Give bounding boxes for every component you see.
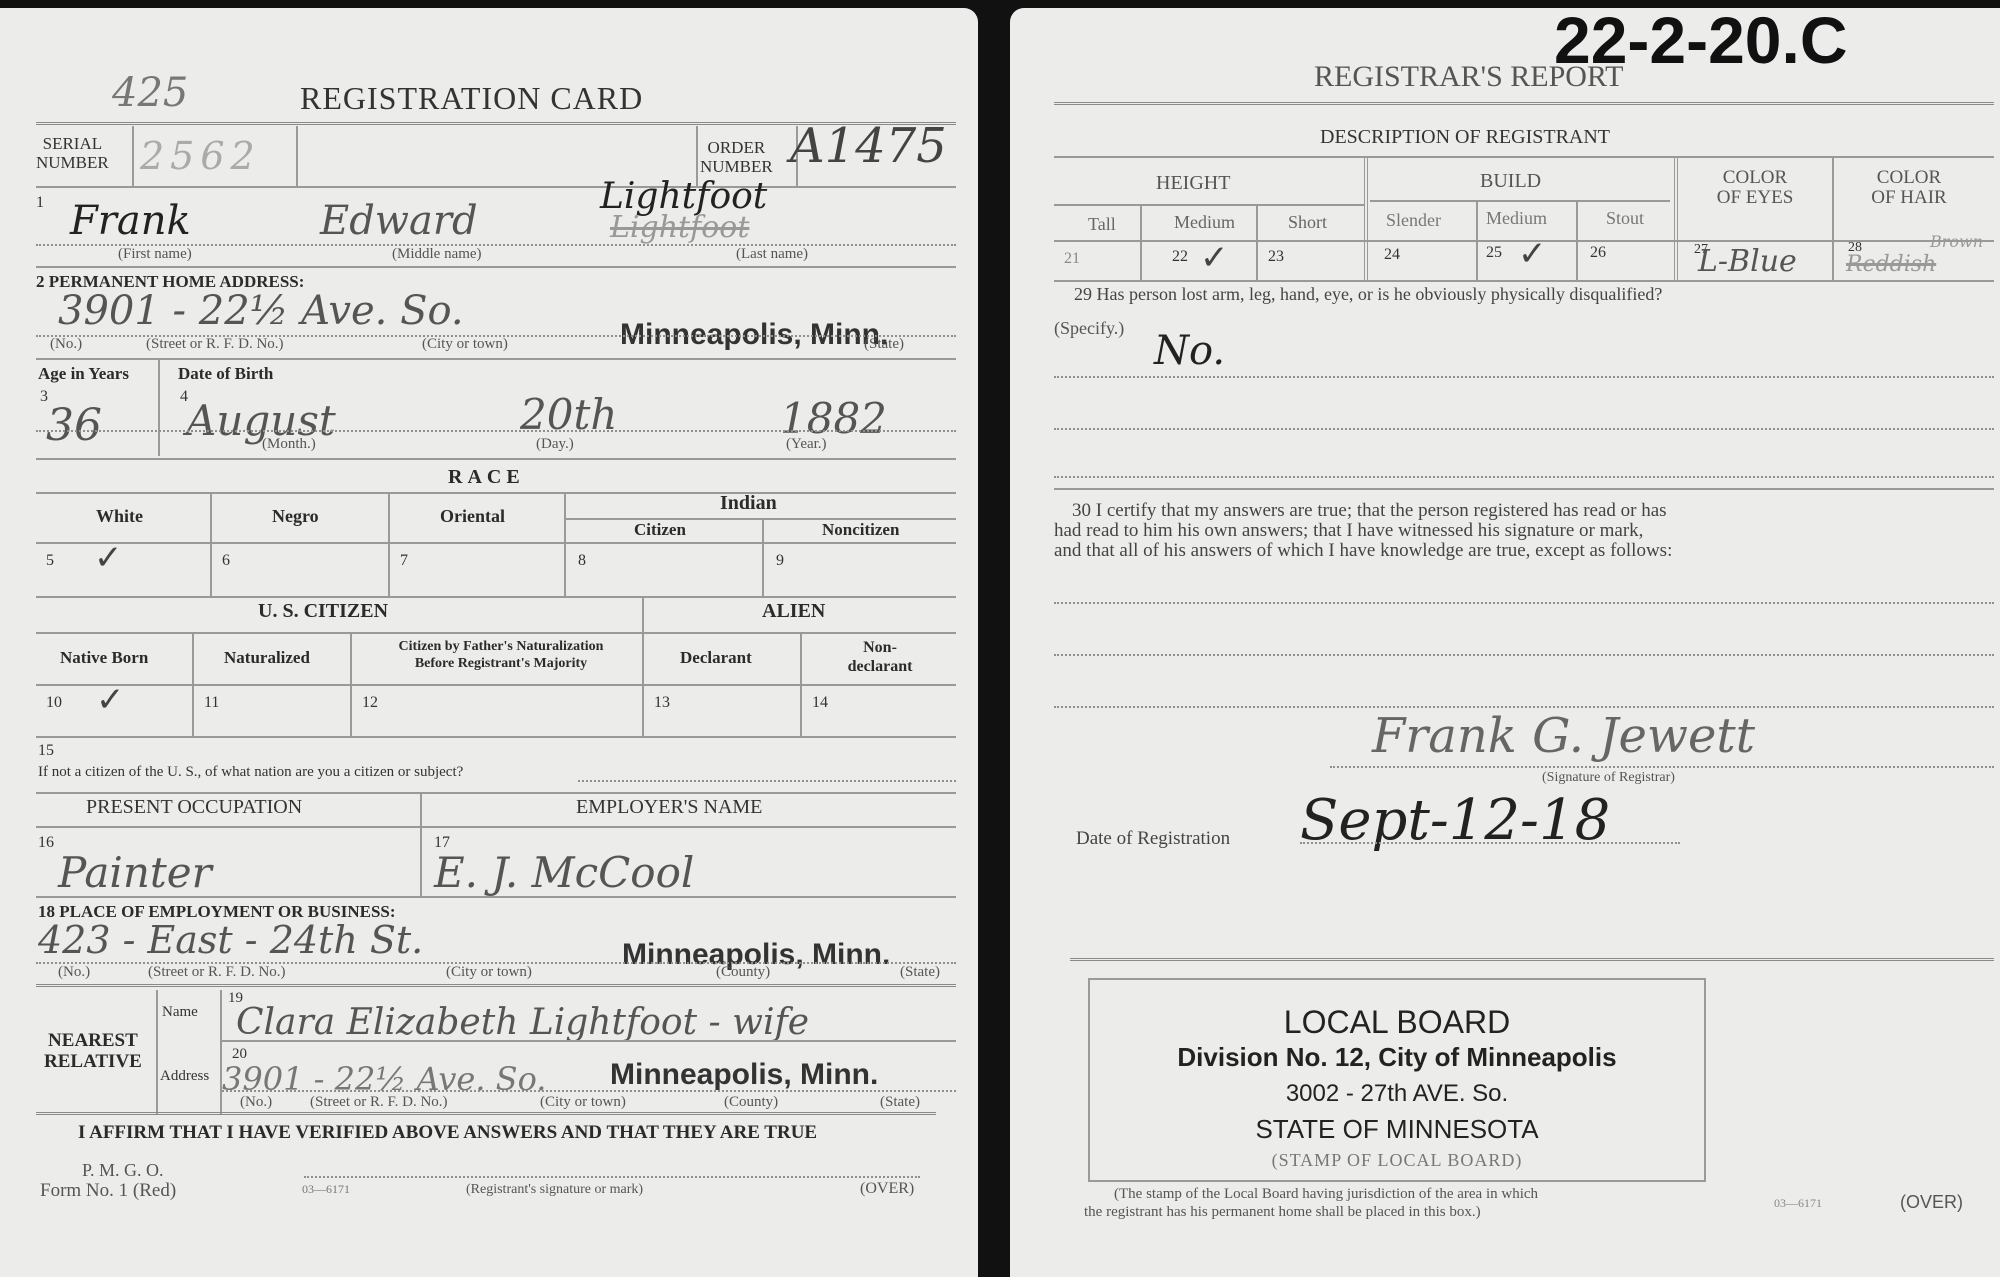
caption-month: (Month.) [262,436,316,453]
divider [1674,158,1678,280]
divider [36,792,956,794]
race-title: RACE [448,466,525,489]
registration-date-label: Date of Registration [1076,828,1230,850]
race-white-checkmark: ✓ [94,538,123,578]
caption-last-name: (Last name) [736,246,808,263]
race-indian-noncitizen-label: Noncitizen [822,520,899,540]
divider [1054,204,1364,206]
label-line1: Citizen by Father's Naturalization [399,639,604,654]
employment-place-value: 423 - East - 24th St. [38,918,423,962]
naturalized-label: Naturalized [224,648,310,668]
divider [388,494,390,596]
certification-line1: 30 I certify that my answers are true; t… [1072,500,1667,522]
height-medium-checkmark: ✓ [1200,238,1229,278]
height-medium-label: Medium [1174,212,1235,233]
divider [36,266,956,268]
eye-color-title: COLOR OF EYES [1690,168,1820,208]
occupation-header: PRESENT OCCUPATION [86,796,302,819]
report-title: REGISTRAR'S REPORT [1314,60,1624,94]
divider [1054,488,1994,490]
field-number: 1 [36,194,44,212]
build-title: BUILD [1480,170,1541,193]
divider [1370,200,1670,202]
stamp-note-line2: the registrant has his permanent home sh… [1084,1204,1481,1221]
serial-number-label: SERIAL NUMBER [36,134,109,172]
age-value: 36 [46,400,102,451]
caption-state: (State) [880,1094,920,1111]
build-slender-label: Slender [1386,210,1441,231]
divider [36,826,956,828]
caption-county: (County) [716,964,770,981]
divider [1364,158,1368,280]
field-number: 25 [1486,244,1502,262]
divider [36,1112,936,1115]
home-address-value: 3901 - 22½ Ave. So. [58,288,464,334]
relative-address-label: Address [160,1068,209,1085]
divider [36,492,956,494]
field-number: 12 [362,694,378,712]
label-line2: Before Registrant's Majority [415,656,587,671]
divider [296,126,298,186]
signature-line [304,1176,920,1178]
field-number: 24 [1384,246,1400,264]
height-title: HEIGHT [1156,172,1230,195]
divider [156,990,158,1114]
caption-street: (Street or R. F. D. No.) [148,964,286,981]
eye-color-value: L-Blue [1698,244,1797,279]
order-label-line2: NUMBER [700,157,773,176]
race-oriental-label: Oriental [440,506,505,527]
employer-value: E. J. McCool [434,848,694,897]
caption-city: (City or town) [540,1094,626,1111]
declarant-label: Declarant [680,648,752,668]
stamp-line-division: Division No. 12, City of Minneapolis [1090,1042,1704,1073]
description-title: DESCRIPTION OF REGISTRANT [1320,126,1610,149]
registrars-report-back: 22-2-20.C REGISTRAR'S REPORT DESCRIPTION… [1010,8,2000,1277]
disqualification-question: 29 Has person lost arm, leg, hand, eye, … [1074,284,1662,305]
local-board-stamp-box: LOCAL BOARD Division No. 12, City of Min… [1088,978,1706,1182]
field-number: 5 [46,552,54,570]
hair-color-value: Brown [1930,232,1983,251]
race-white-label: White [96,506,143,527]
first-name-value: Frank [70,198,191,244]
divider [36,186,956,188]
form-number-label: Form No. 1 (Red) [40,1180,176,1202]
divider [1054,156,1994,158]
label-line2: OF HAIR [1871,187,1946,208]
label-line2: RELATIVE [44,1051,142,1072]
order-number-value: A1475 [790,118,947,174]
divider [36,458,956,460]
field-number: 21 [1064,250,1080,268]
divider [222,1040,956,1042]
order-label-line1: ORDER [708,138,766,157]
print-code: 03—6171 [302,1182,350,1197]
occupation-value: Painter [58,848,212,897]
nearest-relative-label: NEAREST RELATIVE [44,1030,142,1072]
dotted-line [1054,654,1994,656]
registrar-signature-caption: (Signature of Registrar) [1542,770,1675,786]
dotted-line [1300,842,1680,844]
field-number: 14 [812,694,828,712]
divider [158,360,160,456]
relative-city-stamp: Minneapolis, Minn. [610,1058,878,1092]
stamp-caption: (STAMP OF LOCAL BOARD) [1090,1150,1704,1171]
disqualification-value: No. [1154,328,1225,374]
divider [132,126,134,186]
divider [36,632,956,634]
label-line2: declarant [848,658,913,675]
last-name-struck-value: Lightfoot [610,210,749,245]
caption-middle-name: (Middle name) [392,246,482,263]
field-number: 13 [654,694,670,712]
pmgo-label: P. M. G. O. [82,1160,164,1181]
divider [36,896,956,898]
build-medium-label: Medium [1486,208,1547,229]
affirmation-text: I AFFIRM THAT I HAVE VERIFIED ABOVE ANSW… [78,1122,817,1144]
serial-number-value: 2562 [140,134,261,178]
us-citizen-title: U. S. CITIZEN [258,600,388,623]
caption-first-name: (First name) [118,246,192,263]
caption-state: (State) [864,336,904,353]
handwritten-page-number: 425 [112,70,188,116]
caption-no: (No.) [50,336,82,353]
divider [1070,958,1994,961]
caption-day: (Day.) [536,436,574,453]
stamp-note-line1: (The stamp of the Local Board having jur… [1114,1186,1538,1203]
divider [210,494,212,596]
field-number: 23 [1268,248,1284,266]
divider [1054,280,1994,282]
relative-name-label: Name [162,1004,198,1021]
caption-street: (Street or R. F. D. No.) [310,1094,448,1111]
label-line1: Non- [863,639,897,656]
native-born-checkmark: ✓ [96,680,125,720]
label-line1: COLOR [1877,167,1941,188]
field-number: 16 [38,834,54,852]
field-number: 9 [776,552,784,570]
caption-city: (City or town) [422,336,508,353]
divider [36,358,956,360]
race-indian-citizen-label: Citizen [634,520,686,540]
build-stout-label: Stout [1606,208,1644,229]
indian-label: Indian [720,492,777,515]
caption-street: (Street or R. F. D. No.) [146,336,284,353]
card-title: REGISTRATION CARD [300,80,643,117]
hair-color-title: COLOR OF HAIR [1844,168,1974,208]
divider [36,596,956,598]
field-number: 6 [222,552,230,570]
stamp-line-state: STATE OF MINNESOTA [1090,1114,1704,1145]
print-code: 03—6171 [1774,1196,1822,1211]
caption-state: (State) [900,964,940,981]
hair-color-struck-value: Reddish [1846,252,1936,277]
divider [36,684,956,686]
field-number: 10 [46,694,62,712]
caption-city: (City or town) [446,964,532,981]
field-number: 8 [578,552,586,570]
dotted-line [1054,602,1994,604]
dob-label: Date of Birth [178,364,273,384]
certification-line3: and that all of his answers of which I h… [1054,540,1672,562]
serial-label-line1: SERIAL [43,134,103,153]
over-label: (OVER) [1900,1192,1963,1213]
order-number-label: ORDER NUMBER [700,138,773,176]
nationality-question: If not a citizen of the U. S., of what n… [38,764,463,781]
dotted-line [1054,428,1994,430]
dotted-line [578,780,956,782]
divider [36,984,956,987]
dotted-line [36,430,956,432]
specify-label: (Specify.) [1054,318,1124,339]
age-label: Age in Years [38,364,129,384]
stamp-line-address: 3002 - 27th AVE. So. [1090,1080,1704,1108]
registration-card-front: 425 REGISTRATION CARD SERIAL NUMBER 2562… [0,8,978,1277]
field-number: 26 [1590,244,1606,262]
label-line2: OF EYES [1717,187,1794,208]
dotted-line [1054,476,1994,478]
divider [420,794,422,898]
certification-line2: had read to him his own answers; that I … [1054,520,1643,542]
native-born-label: Native Born [60,648,148,668]
employer-header: EMPLOYER'S NAME [576,796,762,819]
divider [1054,102,1994,105]
divider [1832,158,1834,280]
divider [642,598,644,736]
field-number: 22 [1172,248,1188,266]
field-number: 15 [38,742,54,760]
alien-title: ALIEN [762,600,825,623]
divider [564,494,566,596]
divider [1256,206,1258,280]
divider [36,736,956,738]
signature-line [1330,766,1994,768]
middle-name-value: Edward [320,198,478,244]
father-naturalization-label: Citizen by Father's Naturalization Befor… [362,638,640,672]
field-number: 7 [400,552,408,570]
dotted-line [222,1090,956,1092]
race-negro-label: Negro [272,506,319,527]
nondeclarant-label: Non- declarant [840,638,920,676]
relative-address-value: 3901 - 22½ Ave. So. [222,1060,546,1098]
build-medium-checkmark: ✓ [1518,234,1547,274]
over-label: (OVER) [860,1180,914,1198]
height-tall-label: Tall [1088,214,1116,235]
caption-no: (No.) [240,1094,272,1111]
caption-county: (County) [724,1094,778,1111]
serial-label-line2: NUMBER [36,153,109,172]
relative-name-value: Clara Elizabeth Lightfoot - wife [236,1002,809,1043]
divider [1140,206,1142,280]
label-line1: NEAREST [48,1030,138,1051]
height-short-label: Short [1288,212,1327,233]
divider [36,542,956,544]
field-number: 11 [204,694,219,712]
label-line1: COLOR [1723,167,1787,188]
caption-year: (Year.) [786,436,827,453]
registrant-signature-caption: (Registrant's signature or mark) [466,1182,643,1198]
caption-no: (No.) [58,964,90,981]
dotted-line [1054,376,1994,378]
divider [762,518,764,596]
stamp-line-local-board: LOCAL BOARD [1090,1004,1704,1041]
registrar-signature: Frank G. Jewett [1372,708,1755,764]
